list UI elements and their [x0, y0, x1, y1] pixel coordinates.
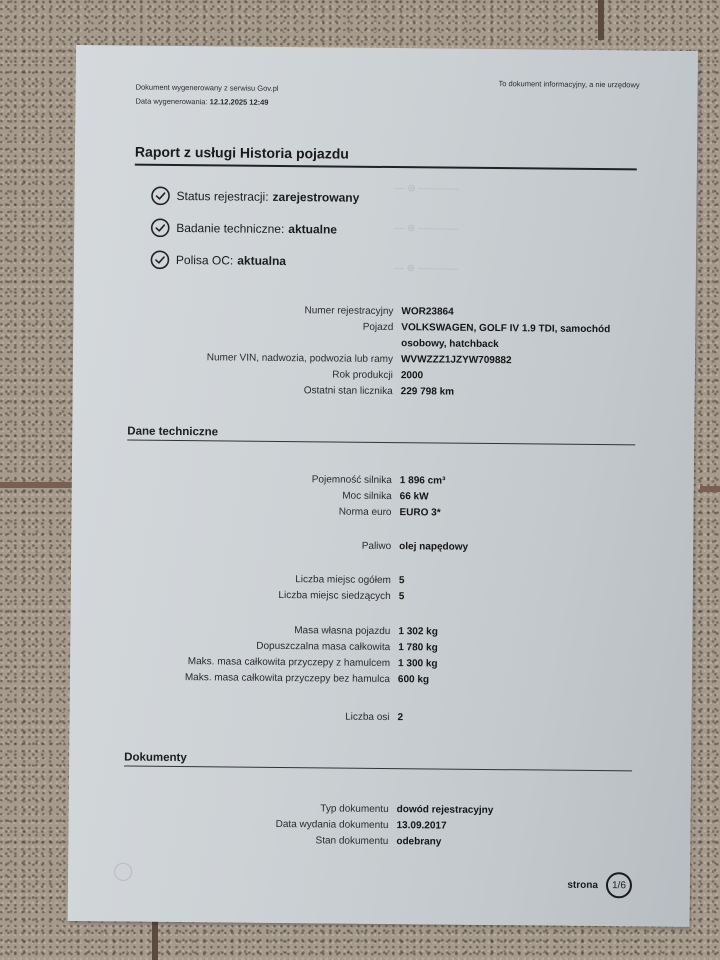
- tile-grout-line: [152, 920, 158, 960]
- kv-value: 5: [391, 589, 405, 605]
- kv-value: 229 798 km: [393, 384, 455, 401]
- kv-value: EURO 3*: [391, 505, 440, 521]
- kv-value: WOR23864: [393, 304, 453, 321]
- show-through-decoration: ◯: [113, 860, 133, 881]
- kv-value: olej napędowy: [391, 539, 468, 556]
- show-through-decoration: — ⊛ ————: [394, 223, 458, 235]
- technical-fuel: Paliwoolej napędowy: [111, 536, 468, 555]
- status-label: Badanie techniczne:: [176, 221, 284, 236]
- source-line: Dokument wygenerowany z serwisu Gov.pl: [136, 81, 279, 96]
- page-label: strona: [567, 879, 598, 890]
- kv-label: Stan dokumentu: [108, 831, 388, 850]
- kv-label: Liczba osi: [109, 707, 389, 726]
- kv-row: Paliwoolej napędowy: [111, 536, 468, 555]
- technical-engine: Pojemność silnika1 896 cm³ Moc silnika66…: [111, 470, 445, 521]
- tile-grout-line: [700, 486, 720, 492]
- report-page: — ⊛ ———— — ⊛ ———— — ⊛ ———— ◯ Dokument wy…: [68, 45, 698, 927]
- documents-details: Typ dokumentudowód rejestracyjny Data wy…: [108, 799, 493, 851]
- section-documents-heading: Dokumenty: [124, 751, 632, 771]
- kv-label: Norma euro: [111, 502, 391, 521]
- technical-axles: Liczba osi2: [109, 707, 403, 726]
- kv-row: Liczba miejsc siedzących5: [111, 586, 405, 605]
- vehicle-line-2: osobowy, hatchback: [401, 338, 499, 350]
- technical-seats: Liczba miejsc ogółem5 Liczba miejsc sied…: [111, 570, 405, 605]
- status-label: Status rejestracji:: [176, 189, 268, 204]
- kv-value: 600 kg: [390, 672, 429, 688]
- status-value: zarejestrowany: [273, 190, 360, 205]
- vehicle-line-1: VOLKSWAGEN, GOLF IV 1.9 TDI, samochód: [401, 322, 610, 335]
- status-registration: Status rejestracji: zarejestrowany: [150, 186, 359, 208]
- kv-value: WVWZZZ1JZYW709882: [393, 352, 512, 369]
- check-circle-icon: [150, 218, 170, 238]
- kv-row: Maks. masa całkowita przyczepy bez hamul…: [110, 669, 438, 688]
- vehicle-summary: Numer rejestracyjnyWOR23864 PojazdVOLKSW…: [113, 301, 611, 402]
- check-circle-icon: [150, 250, 170, 270]
- kv-row: Ostatni stan licznika229 798 km: [113, 381, 610, 402]
- kv-label: Ostatni stan licznika: [113, 381, 393, 400]
- generated-label: Data wygenerowania:: [135, 97, 207, 107]
- report-title: Raport z usługi Historia pojazdu: [135, 144, 637, 171]
- kv-value: 5: [391, 573, 405, 589]
- show-through-decoration: — ⊛ ————: [394, 263, 458, 275]
- kv-value: 2000: [393, 368, 423, 384]
- kv-value: 13.09.2017: [388, 818, 446, 835]
- tile-grout-line: [0, 482, 72, 488]
- kv-value: 1 300 kg: [390, 656, 438, 672]
- status-inspection: Badanie techniczne: aktualne: [150, 218, 337, 240]
- kv-value: dowód rejestracyjny: [389, 802, 494, 819]
- section-technical-heading: Dane techniczne: [127, 426, 635, 446]
- status-label: Polisa OC:: [176, 253, 233, 268]
- kv-label: Maks. masa całkowita przyczepy bez hamul…: [110, 669, 390, 688]
- kv-value: 66 kW: [392, 489, 429, 505]
- generated-value: 12.12.2025 12:49: [210, 97, 269, 107]
- kv-value: 1 302 kg: [390, 624, 438, 640]
- kv-value: 1 896 cm³: [392, 473, 446, 490]
- kv-row: Stan dokumentuodebrany: [108, 831, 493, 851]
- kv-value: odebrany: [388, 834, 441, 851]
- generated-date-line: Data wygenerowania: 12.12.2025 12:49: [135, 95, 278, 110]
- technical-mass: Masa własna pojazdu1 302 kg Dopuszczalna…: [110, 621, 438, 688]
- status-value: aktualna: [237, 254, 286, 268]
- tile-grout-line: [598, 0, 604, 40]
- kv-row: PojazdVOLKSWAGEN, GOLF IV 1.9 TDI, samoc…: [113, 317, 610, 354]
- check-circle-icon: [150, 186, 170, 206]
- kv-value: 2: [389, 710, 403, 726]
- show-through-decoration: — ⊛ ————: [395, 183, 459, 195]
- kv-row: Liczba osi2: [109, 707, 403, 726]
- kv-value: VOLKSWAGEN, GOLF IV 1.9 TDI, samochódoso…: [393, 320, 610, 354]
- kv-label: Pojazd: [113, 317, 393, 352]
- kv-value: 1 780 kg: [390, 640, 438, 656]
- kv-label: Liczba miejsc siedzących: [111, 586, 391, 605]
- page-number-badge: 1/6: [606, 872, 632, 898]
- status-value: aktualne: [288, 222, 337, 236]
- kv-label: Paliwo: [111, 536, 391, 555]
- page-indicator: strona 1/6: [567, 872, 632, 899]
- status-insurance: Polisa OC: aktualna: [150, 250, 286, 271]
- kv-row: Norma euroEURO 3*: [111, 502, 445, 521]
- generation-info: Dokument wygenerowany z serwisu Gov.pl D…: [135, 81, 278, 110]
- disclaimer: To dokument informacyjny, a nie urzędowy: [498, 79, 639, 89]
